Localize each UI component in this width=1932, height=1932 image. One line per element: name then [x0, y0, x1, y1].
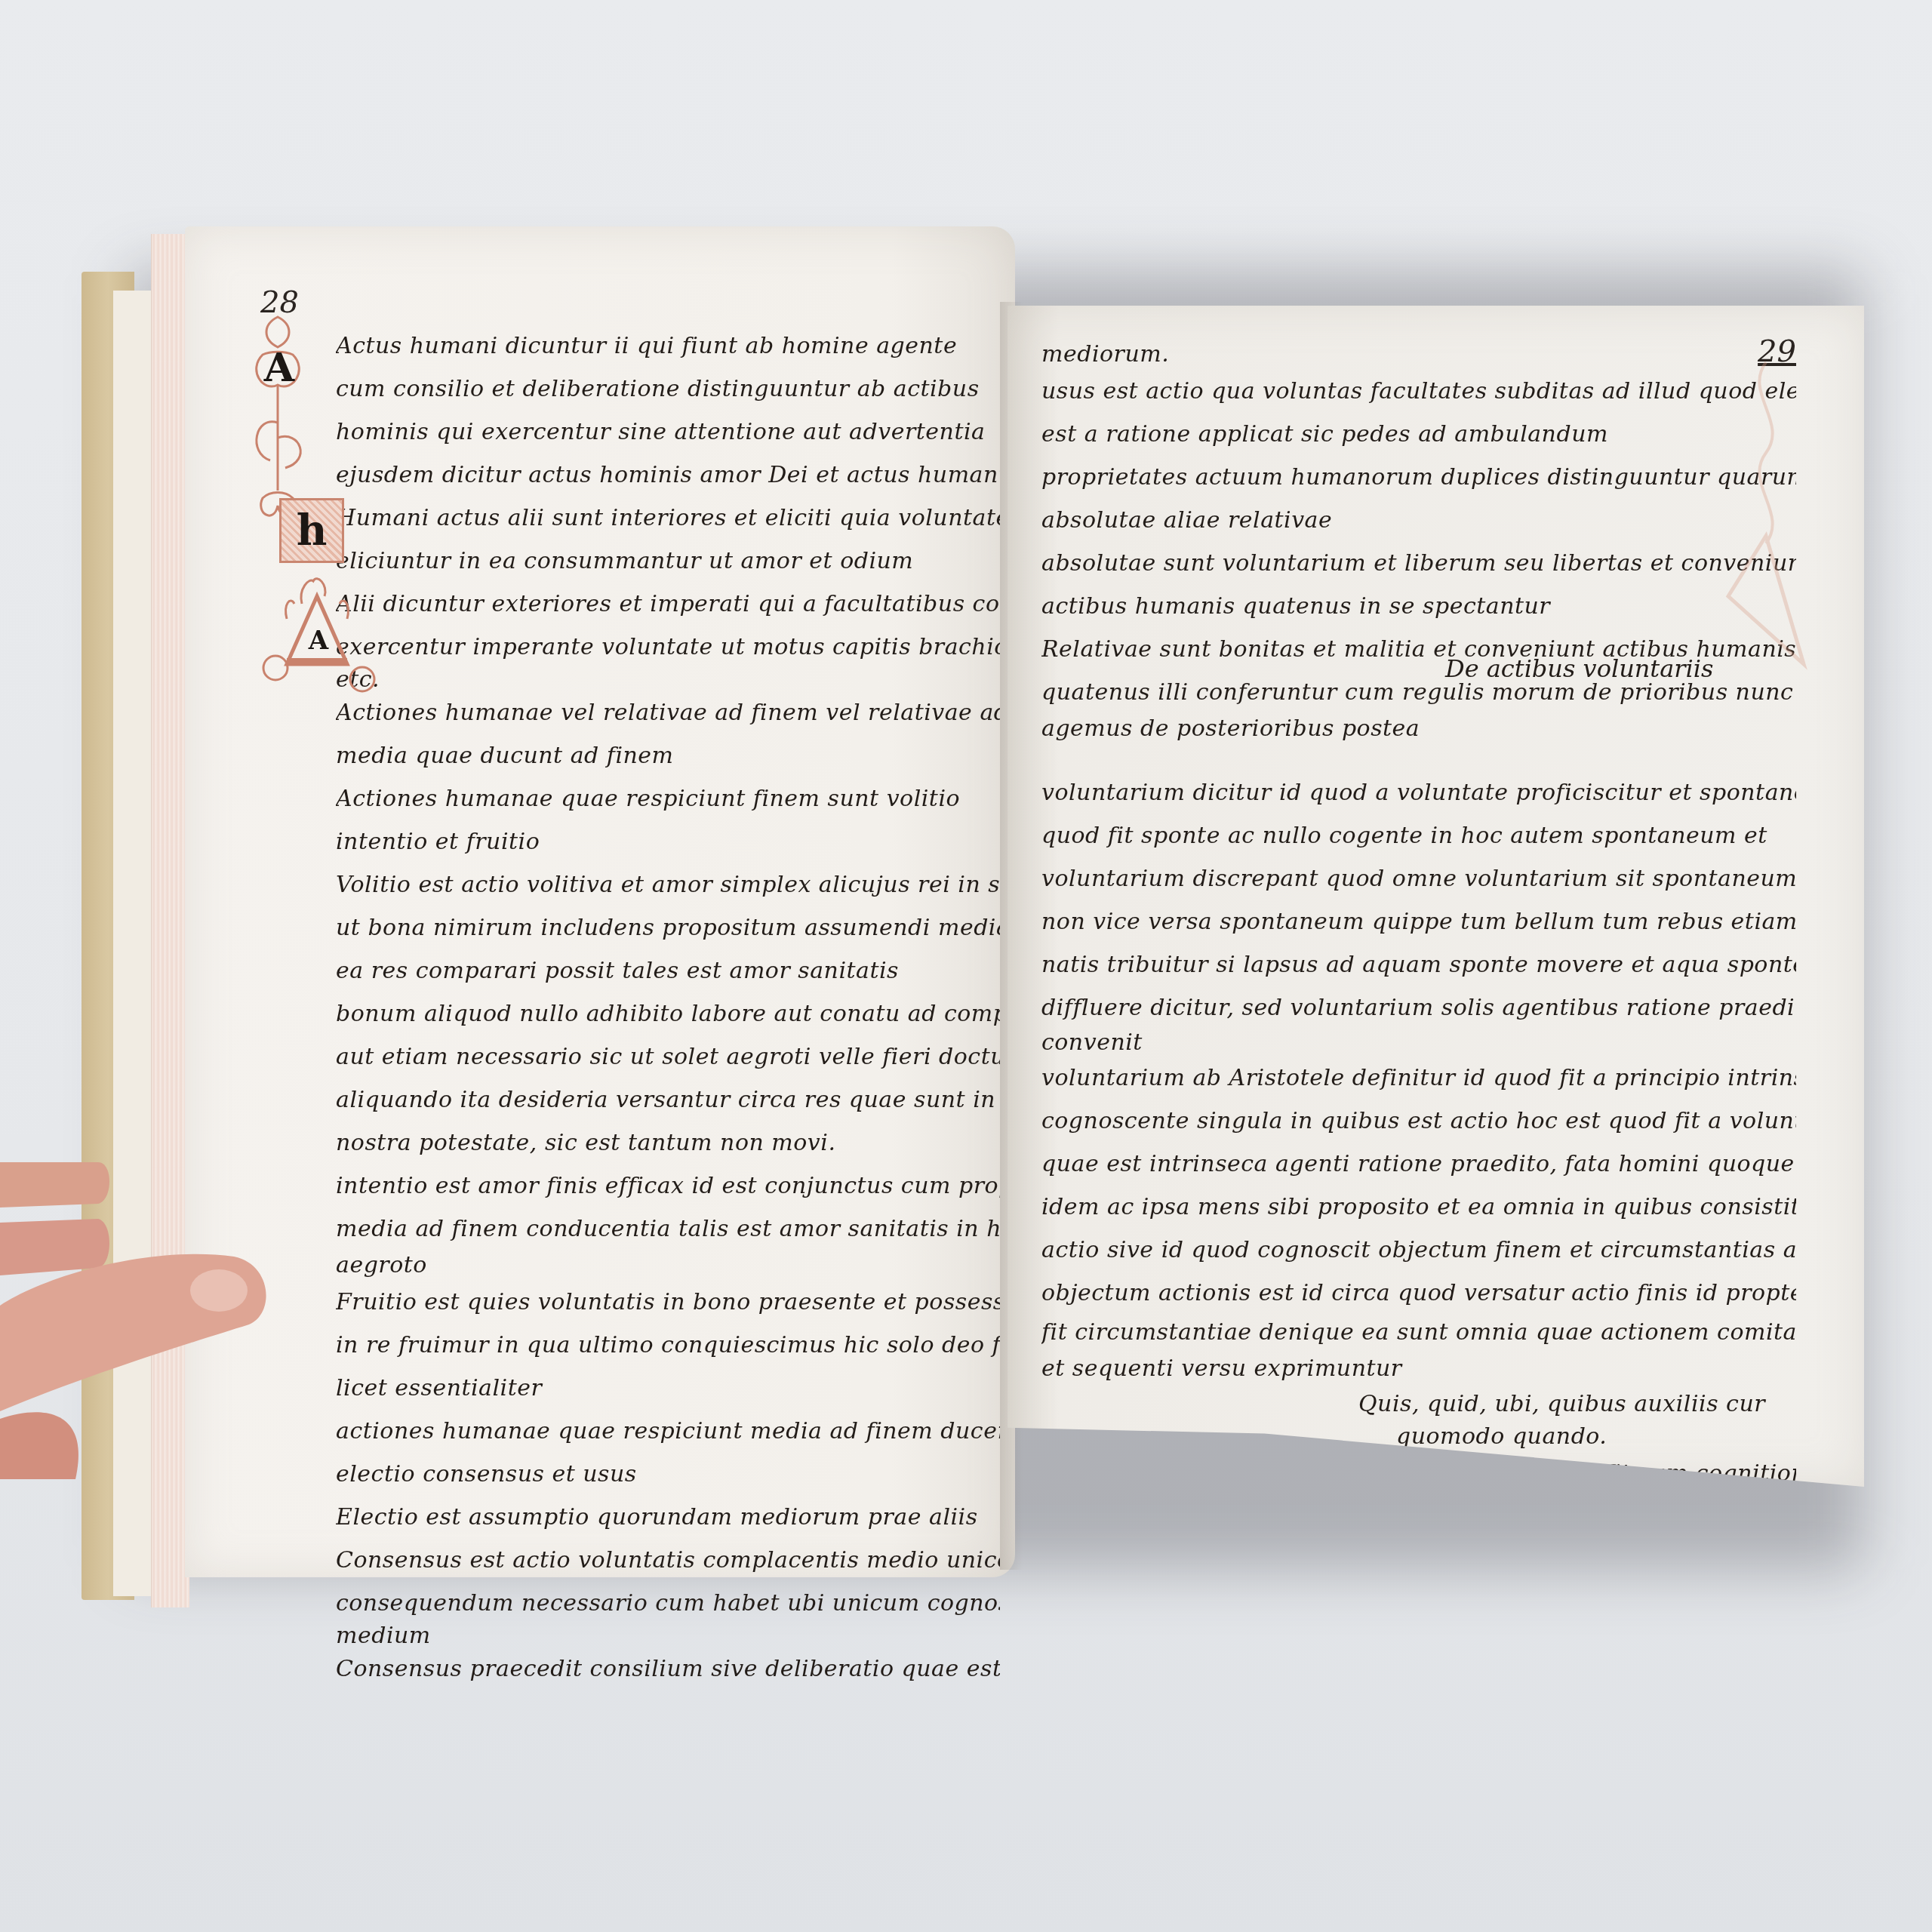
text-line: et sequenti versu exprimuntur: [1041, 1351, 1796, 1387]
section-heading-spacer: [1041, 744, 1796, 771]
hand-holding-book: [0, 1162, 287, 1479]
text-line: Electio est assumptio quorundam mediorum…: [336, 1496, 1000, 1539]
show-through-ornament-icon: [1713, 347, 1819, 694]
text-line: voluntarium discrepant quod omne volunta…: [1041, 857, 1796, 900]
text-line: exercentur imperante voluntate ut motus …: [336, 626, 1000, 669]
text-line: Fruitio est quies voluntatis in bono pra…: [336, 1281, 1000, 1324]
text-line: agemus de posterioribus postea: [1041, 714, 1796, 744]
floral-ornament-icon: A: [240, 309, 315, 528]
text-line: non vice versa spontaneum quippe tum bel…: [1041, 900, 1796, 943]
text-line: Res affirmative a voluntarium dicitur qu…: [1041, 1599, 1796, 1634]
text-line: bonum aliquod nullo adhibito labore aut …: [336, 992, 1000, 1035]
text-line: intentio et fruitio: [336, 820, 1000, 863]
text-line: Quaeres an voluntas cogi possit: [1041, 1738, 1796, 1765]
text-line: objectum actionis est id circa quod vers…: [1041, 1272, 1796, 1315]
text-line: tum quae includitur in causa, non est sp…: [1041, 1703, 1796, 1738]
text-line: ut bona nimirum includens propositum ass…: [336, 906, 1000, 949]
text-line: eliciuntur in ea consummantur ut amor et…: [336, 540, 1000, 583]
text-line: quae est intrinseca agenti ratione praed…: [1041, 1143, 1796, 1186]
text-line: absolutae aliae relativae: [1041, 499, 1796, 542]
text-line: Volitio est actio volitiva et amor simpl…: [336, 863, 1000, 906]
text-line: mediorum.: [1041, 340, 1796, 370]
text-line: medium: [336, 1625, 1000, 1647]
text-line: licet essentialiter: [336, 1367, 1000, 1410]
text-line: propensione voluntatis, ideo quae fiunt …: [1041, 1634, 1796, 1669]
text-line: nec cum propensione voluntatis sed repug…: [1041, 1669, 1796, 1703]
text-line: Actiones humanae vel relativae ad finem …: [336, 691, 1000, 734]
text-line: cum consilio et deliberatione distinguun…: [336, 368, 1000, 411]
text-line: aliquando ita desideria versantur circa …: [336, 1078, 1000, 1121]
text-line: Actus humani dicuntur ii qui fiunt ab ho…: [336, 325, 1000, 368]
section-heading: De actibus voluntariis: [1445, 654, 1713, 683]
svg-text:A: A: [263, 345, 295, 391]
text-line: convenit: [1041, 1029, 1796, 1057]
text-line: media ad finem conducentia talis est amo…: [336, 1207, 1000, 1251]
illuminated-initial-a-triangle: A: [257, 574, 392, 702]
text-line: est a ratione applicat sic pedes ad ambu…: [1041, 413, 1796, 456]
verse-line: Quis, quid, ubi, quibus auxiliis cur: [1041, 1387, 1796, 1422]
text-line: Consensus est actio voluntatis complacen…: [336, 1539, 1000, 1582]
text-line: ejusdem dicitur actus hominis amor Dei e…: [336, 454, 1000, 497]
text-line: voluntarium dicitur id quod a voluntate …: [1041, 771, 1796, 814]
text-line: media quae ducunt ad finem: [336, 734, 1000, 777]
text-line: idem ac ipsa mens sibi proposito et ea o…: [1041, 1186, 1796, 1229]
text-line: proprietates actuum humanorum duplices d…: [1041, 456, 1796, 499]
text-line: hominis qui exercentur sine attentione a…: [336, 411, 1000, 454]
text-line: actio sive id quod cognoscit objectum fi…: [1041, 1229, 1796, 1272]
text-line: usus est actio qua voluntas facultates s…: [1041, 370, 1796, 413]
text-line: cognoscente singula in quibus est actio …: [1041, 1100, 1796, 1143]
text-line: electio consensus et usus: [336, 1453, 1000, 1496]
text-line: voluntarium ab Aristotele definitur id q…: [1041, 1057, 1796, 1100]
text-line: absolutae sunt voluntarium et liberum se…: [1041, 542, 1796, 585]
text-line: Alii dicuntur exteriores et imperati qui…: [336, 583, 1000, 626]
left-page-text: Actus humani dicuntur ii qui fiunt ab ho…: [336, 325, 1000, 1690]
illuminated-initial-h: h: [279, 498, 344, 563]
text-line: actiones humanae quae respiciunt media a…: [336, 1410, 1000, 1453]
triangle-ornament-icon: A: [257, 574, 392, 702]
text-line: Humani actus alii sunt interiores et eli…: [336, 497, 1000, 540]
text-line: intentio est amor finis efficax id est c…: [336, 1164, 1000, 1207]
text-line: in re fruimur in qua ultimo conquiescimu…: [336, 1324, 1000, 1367]
text-line: etc.: [336, 669, 1000, 691]
text-line: natis tribuitur si lapsus ad aquam spont…: [1041, 943, 1796, 986]
text-line: quod fit sponte ac nullo cogente in hoc …: [1041, 814, 1796, 857]
thumbnail-icon: [190, 1269, 248, 1312]
text-line: nostra potestate, sic est tantum non mov…: [336, 1121, 1000, 1164]
text-line: consequendum necessario cum habet ubi un…: [336, 1582, 1000, 1625]
text-line: ea res comparari possit tales est amor s…: [336, 949, 1000, 992]
illuminated-initial-a-flower: A: [240, 309, 315, 528]
text-line: R. voluntatem cogi non posse quoad actus…: [1041, 1765, 1796, 1800]
text-line: aegroto: [336, 1251, 1000, 1281]
text-line: Consensus praecedit consilium sive delib…: [336, 1647, 1000, 1690]
text-line: actibus humanis quatenus in se spectantu…: [1041, 585, 1796, 628]
text-line: Actiones humanae quae respiciunt finem s…: [336, 777, 1000, 820]
right-page-text: mediorum. usus est actio qua voluntas fa…: [1041, 340, 1796, 1800]
text-line: fit circumstantiae denique ea sunt omnia…: [1041, 1315, 1796, 1351]
svg-text:A: A: [308, 626, 329, 656]
text-line: aut etiam necessario sic ut solet aegrot…: [336, 1035, 1000, 1078]
text-line: diffluere dicitur, sed voluntarium solis…: [1041, 986, 1796, 1029]
